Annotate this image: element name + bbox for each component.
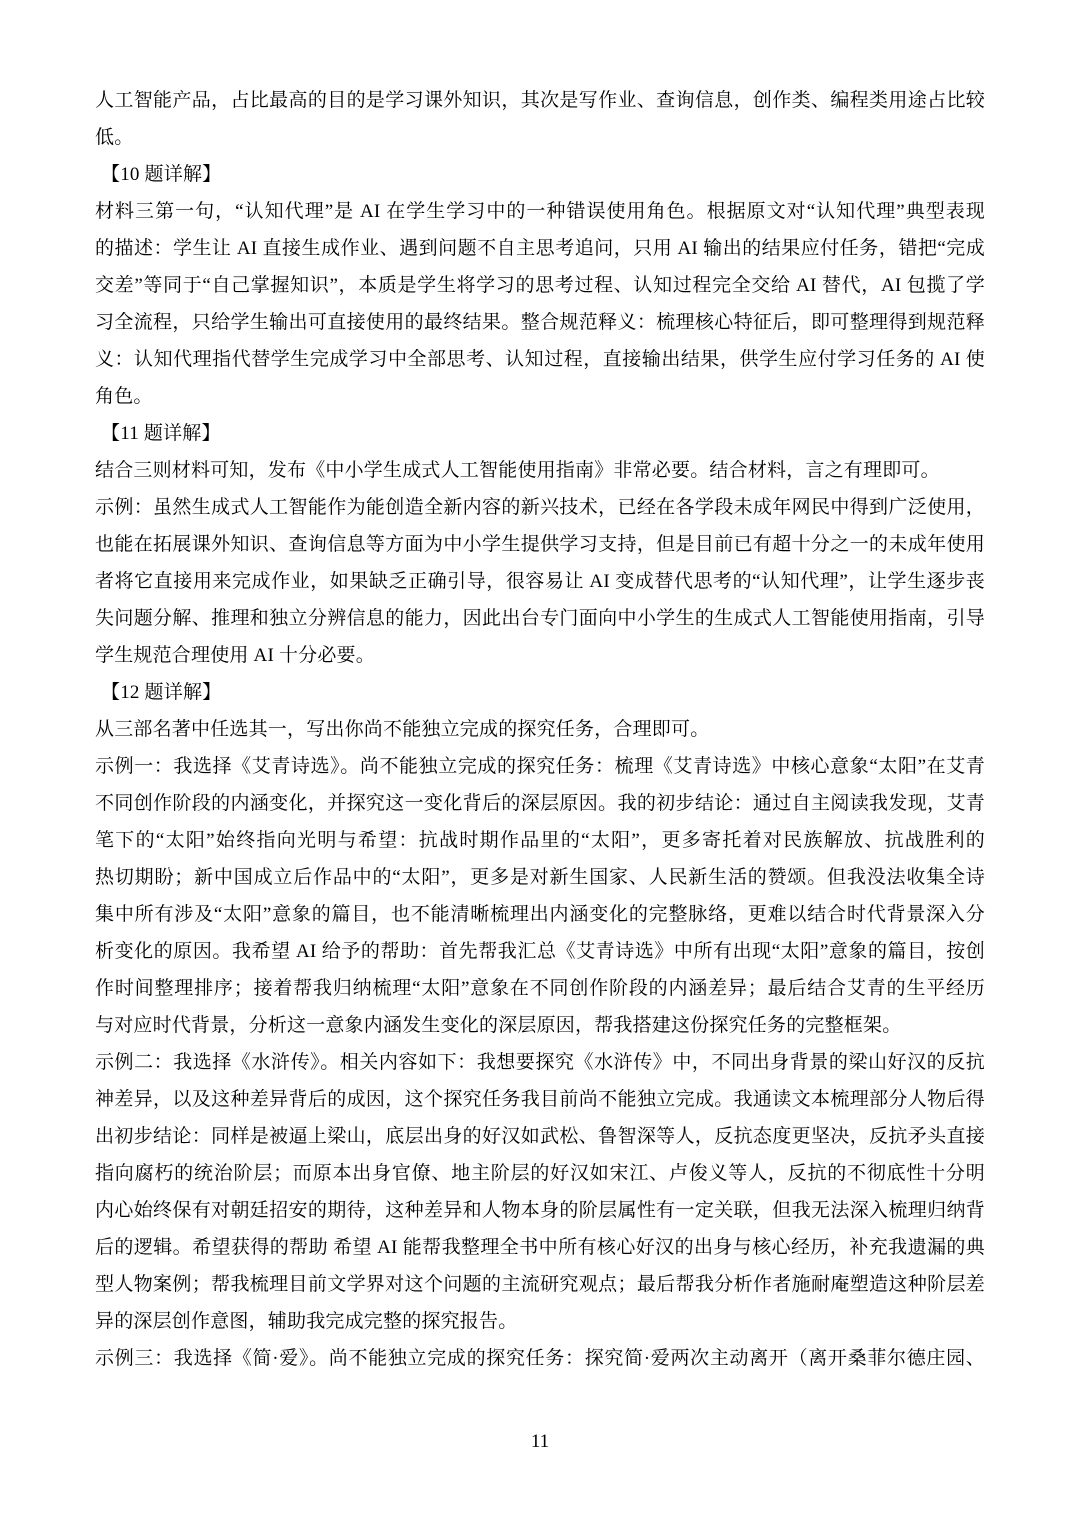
document-text-block: 人工智能产品，占比最高的目的是学习课外知识，其次是写作业、查询信息，创作类、编程… [95,82,985,1377]
text-line: 示例：虽然生成式人工智能作为能创造全新内容的新兴技术，已经在各学段未成年网民中得… [95,489,985,526]
text-line: 义：认知代理指代替学生完成学习中全部思考、认知过程，直接输出结果，供学生应付学习… [95,341,985,378]
text-line: 习全流程，只给学生输出可直接使用的最终结果。整合规范释义：梳理核心特征后，即可整… [95,304,985,341]
text-line: 交差”等同于“自己掌握知识”，本质是学生将学习的思考过程、认知过程完全交给 AI… [95,267,985,304]
section-header-line: 【11 题详解】 [95,415,985,452]
text-line: 与对应时代背景，分析这一意象内涵发生变化的深层原因，帮我搭建这份探究任务的完整框… [95,1007,985,1044]
text-line: 材料三第一句，“认知代理”是 AI 在学生学习中的一种错误使用角色。根据原文对“… [95,193,985,230]
text-line: 型人物案例；帮我梳理目前文学界对这个问题的主流研究观点；最后帮我分析作者施耐庵塑… [95,1266,985,1303]
text-line: 示例二：我选择《水浒传》。相关内容如下：我想要探究《水浒传》中，不同出身背景的梁… [95,1044,985,1081]
document-page: 人工智能产品，占比最高的目的是学习课外知识，其次是写作业、查询信息，创作类、编程… [0,0,1080,1528]
text-line: 示例一：我选择《艾青诗选》。尚不能独立完成的探究任务：梳理《艾青诗选》中核心意象… [95,748,985,785]
text-line: 失问题分解、推理和独立分辨信息的能力，因此出台专门面向中小学生的生成式人工智能使… [95,600,985,637]
text-line: 后的逻辑。希望获得的帮助 希望 AI 能帮我整理全书中所有核心好汉的出身与核心经… [95,1229,985,1266]
page-number: 11 [0,1430,1080,1454]
text-line: 析变化的原因。我希望 AI 给予的帮助：首先帮我汇总《艾青诗选》中所有出现“太阳… [95,933,985,970]
text-line: 出初步结论：同样是被逼上梁山，底层出身的好汉如武松、鲁智深等人，反抗态度更坚决，… [95,1118,985,1155]
text-line: 不同创作阶段的内涵变化，并探究这一变化背后的深层原因。我的初步结论：通过自主阅读… [95,785,985,822]
text-line: 内心始终保有对朝廷招安的期待，这种差异和人物本身的阶层属性有一定关联，但我无法深… [95,1192,985,1229]
text-line: 低。 [95,119,985,156]
text-line: 热切期盼；新中国成立后作品中的“太阳”，更多是对新生国家、人民新生活的赞颂。但我… [95,859,985,896]
section-header-line: 【10 题详解】 [95,156,985,193]
text-line: 结合三则材料可知，发布《中小学生成式人工智能使用指南》非常必要。结合材料，言之有… [95,452,985,489]
text-line: 学生规范合理使用 AI 十分必要。 [95,637,985,674]
text-line: 异的深层创作意图，辅助我完成完整的探究报告。 [95,1303,985,1340]
text-line: 指向腐朽的统治阶层；而原本出身官僚、地主阶层的好汉如宋江、卢俊义等人，反抗的不彻… [95,1155,985,1192]
text-line: 者将它直接用来完成作业，如果缺乏正确引导，很容易让 AI 变成替代思考的“认知代… [95,563,985,600]
text-line: 作时间整理排序；接着帮我归纳梳理“太阳”意象在不同创作阶段的内涵差异；最后结合艾… [95,970,985,1007]
text-line: 角色。 [95,378,985,415]
text-line: 笔下的“太阳”始终指向光明与希望：抗战时期作品里的“太阳”，更多寄托着对民族解放… [95,822,985,859]
text-line: 从三部名著中任选其一，写出你尚不能独立完成的探究任务，合理即可。 [95,711,985,748]
text-line: 集中所有涉及“太阳”意象的篇目，也不能清晰梳理出内涵变化的完整脉络，更难以结合时… [95,896,985,933]
text-line: 神差异，以及这种差异背后的成因，这个探究任务我目前尚不能独立完成。我通读文本梳理… [95,1081,985,1118]
text-line: 的描述：学生让 AI 直接生成作业、遇到问题不自主思考追问，只用 AI 输出的结… [95,230,985,267]
text-line: 也能在拓展课外知识、查询信息等方面为中小学生提供学习支持，但是目前已有超十分之一… [95,526,985,563]
text-line: 人工智能产品，占比最高的目的是学习课外知识，其次是写作业、查询信息，创作类、编程… [95,82,985,119]
section-header-line: 【12 题详解】 [95,674,985,711]
text-line: 示例三：我选择《简·爱》。尚不能独立完成的探究任务：探究简·爱两次主动离开（离开… [95,1340,985,1377]
